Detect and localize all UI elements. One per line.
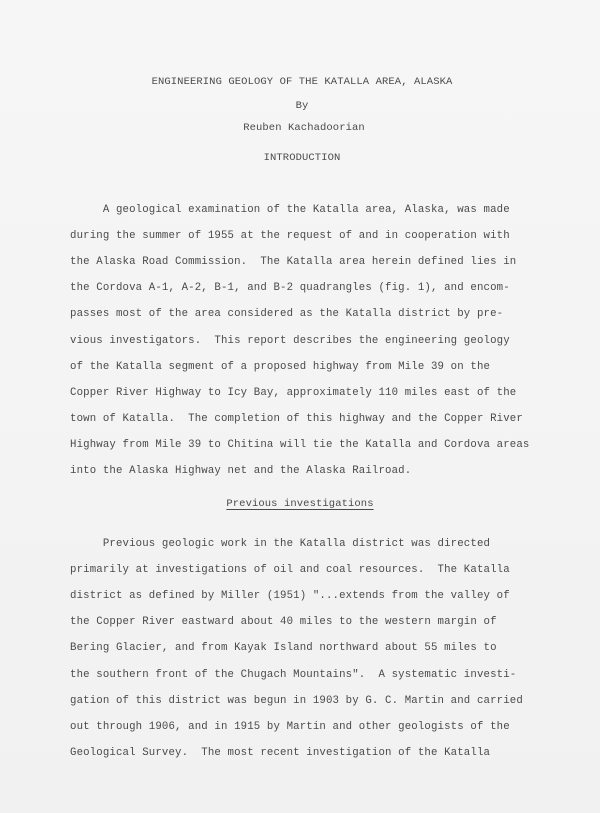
text-line: A geological examination of the Katalla … bbox=[70, 204, 510, 216]
section-heading-introduction: INTRODUCTION bbox=[2, 152, 600, 164]
text-line: Copper River Highway to Icy Bay, approxi… bbox=[70, 387, 516, 399]
text-line: the southern front of the Chugach Mounta… bbox=[70, 669, 516, 681]
text-line: Bering Glacier, and from Kayak Island no… bbox=[70, 642, 497, 654]
text-line: out through 1906, and in 1915 by Martin … bbox=[70, 721, 510, 733]
text-line: the Alaska Road Commission. The Katalla … bbox=[70, 256, 516, 268]
text-line: into the Alaska Highway net and the Alas… bbox=[70, 465, 411, 477]
text-line: Previous geologic work in the Katalla di… bbox=[70, 538, 490, 550]
text-line: during the summer of 1955 at the request… bbox=[70, 230, 510, 242]
document-page: ENGINEERING GEOLOGY OF THE KATALLA AREA,… bbox=[0, 0, 600, 813]
document-title: ENGINEERING GEOLOGY OF THE KATALLA AREA,… bbox=[2, 76, 600, 88]
text-line: of the Katalla segment of a proposed hig… bbox=[70, 361, 490, 373]
text-line: passes most of the area considered as th… bbox=[70, 308, 503, 320]
text-line: gation of this district was begun in 190… bbox=[70, 695, 523, 707]
text-line: town of Katalla. The completion of this … bbox=[70, 413, 523, 425]
text-line: the Copper River eastward about 40 miles… bbox=[70, 616, 497, 628]
text-line: the Cordova A-1, A-2, B-1, and B-2 quadr… bbox=[70, 282, 510, 294]
text-line: Highway from Mile 39 to Chitina will tie… bbox=[70, 439, 529, 451]
section-heading-previous-investigations: Previous investigations bbox=[0, 498, 600, 510]
text-line: primarily at investigations of oil and c… bbox=[70, 564, 510, 576]
text-line: Geological Survey. The most recent inves… bbox=[70, 747, 490, 759]
byline: By bbox=[2, 100, 600, 112]
text-line: district as defined by Miller (1951) "..… bbox=[70, 590, 510, 602]
author-name: Reuben Kachadoorian bbox=[4, 122, 600, 134]
text-line: vious investigators. This report describ… bbox=[70, 335, 510, 347]
